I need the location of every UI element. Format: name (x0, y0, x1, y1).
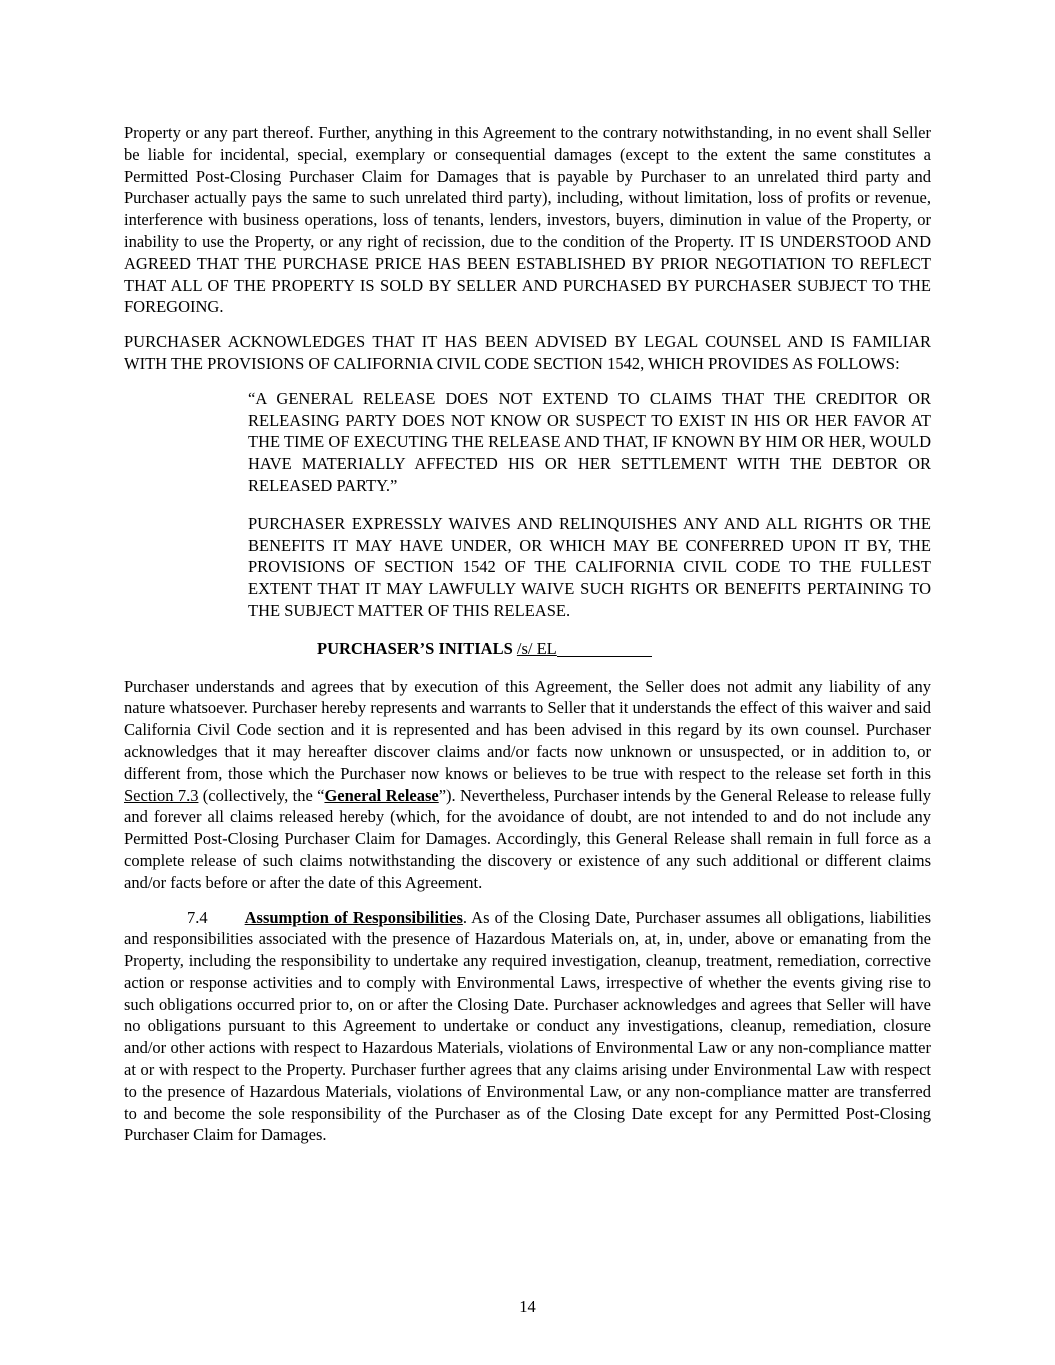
general-release-defined-term: General Release (324, 786, 438, 805)
initials-blank-rule (557, 655, 652, 657)
initials-label: PURCHASER’S INITIALS (317, 639, 513, 658)
purchasers-initials-line: PURCHASER’S INITIALS /s/ EL (317, 638, 931, 660)
initials-signature: /s/ EL (517, 639, 557, 658)
page-number: 14 (0, 1296, 1055, 1318)
document-page: Property or any part thereof. Further, a… (0, 0, 1055, 1365)
general-release-text-2: (collectively, the “ (198, 786, 324, 805)
paragraph-liability-limitation: Property or any part thereof. Further, a… (124, 122, 931, 318)
general-release-text-1: Purchaser understands and agrees that by… (124, 677, 931, 783)
section-7-4-number: 7.4 (187, 908, 208, 927)
section-7-4-heading: Assumption of Responsibilities (245, 908, 463, 927)
section-7-4-body: . As of the Closing Date, Purchaser assu… (124, 908, 931, 1145)
blockquote-civil-code-1542: “A GENERAL RELEASE DOES NOT EXTEND TO CL… (248, 388, 931, 497)
section-7-3-reference: Section 7.3 (124, 786, 198, 805)
paragraph-legal-counsel-acknowledgment: PURCHASER ACKNOWLEDGES THAT IT HAS BEEN … (124, 331, 931, 375)
paragraph-section-7-4: 7.4Assumption of Responsibilities. As of… (124, 907, 931, 1147)
blockquote-express-waiver: PURCHASER EXPRESSLY WAIVES AND RELINQUIS… (248, 513, 931, 622)
paragraph-general-release: Purchaser understands and agrees that by… (124, 676, 931, 894)
